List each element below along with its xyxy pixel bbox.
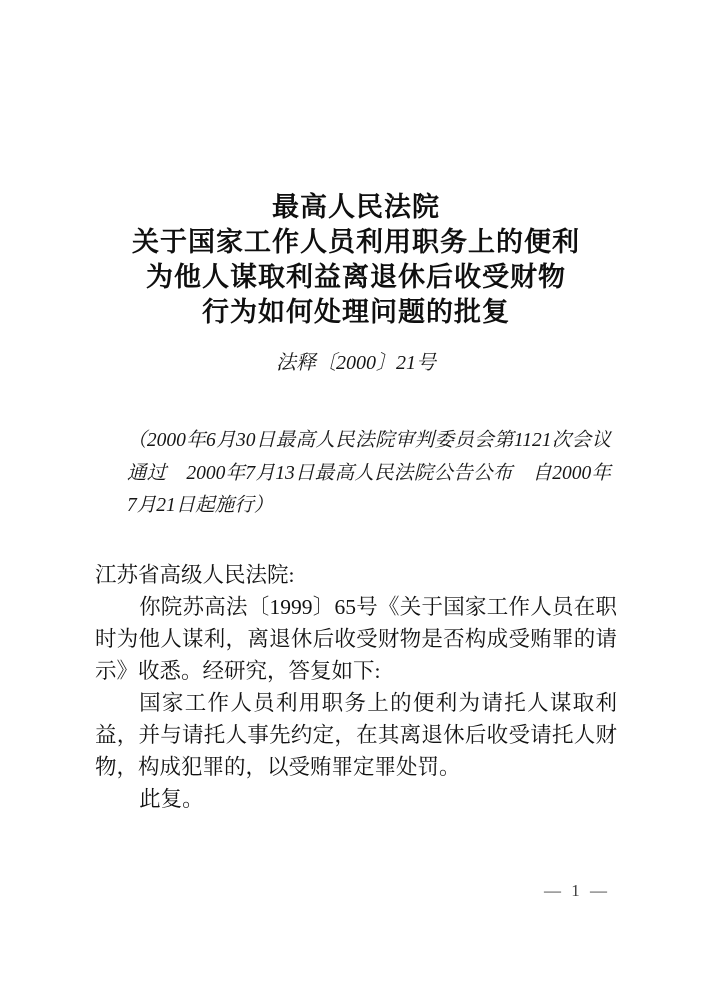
salutation: 江苏省高级人民法院:	[95, 559, 617, 591]
adoption-note: （2000年6月30日最高人民法院审判委员会第1121次会议通过 2000年7月…	[127, 425, 611, 523]
document-body: 江苏省高级人民法院: 你院苏高法〔1999〕65号《关于国家工作人员在职时为他人…	[95, 559, 617, 815]
title-line-3: 为他人谋取利益离退休后收受财物	[95, 260, 617, 295]
document-number: 法释〔2000〕21号	[95, 348, 617, 378]
title-line-court: 最高人民法院	[95, 190, 617, 225]
document-page: 最高人民法院 关于国家工作人员利用职务上的便利 为他人谋取利益离退休后收受财物 …	[0, 0, 707, 999]
title-line-2: 关于国家工作人员利用职务上的便利	[95, 225, 617, 260]
body-paragraph-closing: 此复。	[95, 783, 617, 815]
body-paragraph-1: 你院苏高法〔1999〕65号《关于国家工作人员在职时为他人谋利，离退休后收受财物…	[95, 591, 617, 687]
document-content: 最高人民法院 关于国家工作人员利用职务上的便利 为他人谋取利益离退休后收受财物 …	[95, 0, 617, 815]
page-number-footer: — 1 —	[544, 881, 610, 901]
title-line-4: 行为如何处理问题的批复	[95, 295, 617, 330]
body-paragraph-2: 国家工作人员利用职务上的便利为请托人谋取利益，并与请托人事先约定，在其离退休后收…	[95, 687, 617, 783]
document-title: 最高人民法院 关于国家工作人员利用职务上的便利 为他人谋取利益离退休后收受财物 …	[95, 190, 617, 330]
